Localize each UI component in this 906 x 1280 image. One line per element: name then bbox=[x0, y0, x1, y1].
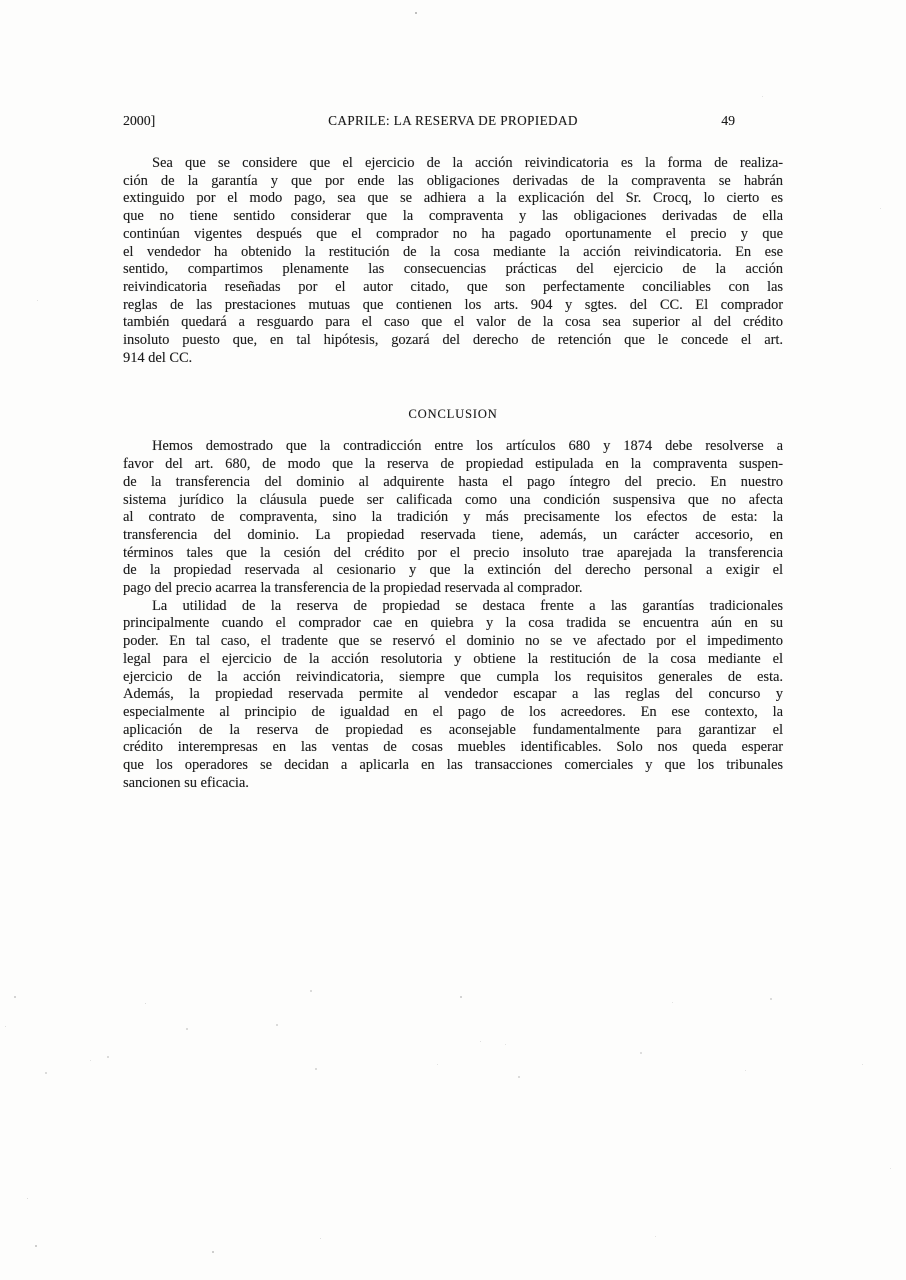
scan-speck bbox=[655, 1236, 656, 1237]
text-line: reglas de las prestaciones mutuas que co… bbox=[123, 297, 783, 315]
text-line: pago del precio acarrea la transferencia… bbox=[123, 580, 783, 598]
paragraph: Sea que se considere que el ejercicio de… bbox=[123, 155, 783, 367]
text-line: sistema jurídico la cláusula puede ser c… bbox=[123, 492, 783, 510]
scan-speck bbox=[460, 996, 462, 998]
scan-speck bbox=[762, 96, 763, 97]
scan-speck bbox=[5, 1026, 6, 1027]
text-line: de la propiedad reservada al cesionario … bbox=[123, 562, 783, 580]
text-line: aplicación de la reserva de propiedad es… bbox=[123, 722, 783, 740]
scan-speck bbox=[745, 1070, 746, 1071]
text-line: Además, la propiedad reservada permite a… bbox=[123, 686, 783, 704]
text-line: al contrato de compraventa, sino la trad… bbox=[123, 509, 783, 527]
text-line: especialmente al principio de igualdad e… bbox=[123, 704, 783, 722]
text-line: reivindicatoria reseñadas por el autor c… bbox=[123, 279, 783, 297]
text-line: que no tiene sentido considerar que la c… bbox=[123, 208, 783, 226]
paragraph: Hemos demostrado que la contradicción en… bbox=[123, 438, 783, 597]
text-line: también quedará a resguardo para el caso… bbox=[123, 314, 783, 332]
scan-speck bbox=[276, 1024, 278, 1026]
scan-speck bbox=[37, 300, 38, 301]
text-line: el vendedor ha obtenido la restitución d… bbox=[123, 244, 783, 262]
text-line: principalmente cuando el comprador cae e… bbox=[123, 615, 783, 633]
text-line: Sea que se considere que el ejercicio de… bbox=[123, 155, 783, 173]
page-header: 2000] CAPRILE: LA RESERVA DE PROPIEDAD 4… bbox=[123, 112, 783, 129]
section-heading: CONCLUSION bbox=[123, 406, 783, 422]
scan-speck bbox=[145, 1003, 146, 1004]
text-line: legal para el ejercicio de la acción res… bbox=[123, 651, 783, 669]
text-line: extinguido por el modo pago, sea que se … bbox=[123, 190, 783, 208]
scan-speck bbox=[505, 1044, 506, 1045]
scan-speck bbox=[862, 1064, 863, 1065]
scan-speck bbox=[890, 1168, 891, 1169]
text-line: insoluto puesto que, en tal hipótesis, g… bbox=[123, 332, 783, 350]
text-line: 914 del CC. bbox=[123, 350, 783, 368]
text-line: continúan vigentes después que el compra… bbox=[123, 226, 783, 244]
scan-speck bbox=[90, 1060, 91, 1061]
text-line: de la transferencia del dominio al adqui… bbox=[123, 474, 783, 492]
scan-speck bbox=[770, 998, 772, 1000]
header-year: 2000] bbox=[123, 112, 218, 129]
page-number: 49 bbox=[688, 112, 783, 129]
scan-speck bbox=[320, 1238, 321, 1239]
scan-speck bbox=[14, 996, 16, 998]
text-line: sentido, compartimos plenamente las cons… bbox=[123, 261, 783, 279]
scan-speck bbox=[186, 1028, 188, 1030]
text-line: ción de la garantía y que por ende las o… bbox=[123, 173, 783, 191]
scan-speck bbox=[640, 1052, 642, 1054]
article-body: Sea que se considere que el ejercicio de… bbox=[123, 155, 783, 793]
text-line: crédito interempresas en las ventas de c… bbox=[123, 739, 783, 757]
scan-speck bbox=[27, 1198, 28, 1199]
scan-speck bbox=[310, 990, 312, 992]
text-line: que los operadores se decidan a aplicarl… bbox=[123, 757, 783, 775]
text-line: términos tales que la cesión del crédito… bbox=[123, 545, 783, 563]
text-line: sancionen su eficacia. bbox=[123, 775, 783, 793]
scan-speck bbox=[315, 1068, 317, 1070]
scan-speck bbox=[437, 1064, 438, 1065]
paragraph: La utilidad de la reserva de propiedad s… bbox=[123, 598, 783, 793]
text-line: poder. En tal caso, el tradente que se r… bbox=[123, 633, 783, 651]
scan-speck bbox=[107, 1056, 109, 1058]
text-line: ejercicio de la acción reivindicatoria, … bbox=[123, 669, 783, 687]
text-line: Hemos demostrado que la contradicción en… bbox=[123, 438, 783, 456]
scan-speck bbox=[45, 1072, 47, 1074]
scan-speck bbox=[672, 1002, 673, 1003]
scan-speck bbox=[212, 1251, 214, 1253]
scan-speck bbox=[480, 1041, 481, 1042]
text-line: favor del art. 680, de modo que la reser… bbox=[123, 456, 783, 474]
scan-speck bbox=[880, 208, 881, 209]
scan-speck bbox=[35, 1245, 37, 1247]
text-line: La utilidad de la reserva de propiedad s… bbox=[123, 598, 783, 616]
scanned-page: 2000] CAPRILE: LA RESERVA DE PROPIEDAD 4… bbox=[0, 0, 906, 1280]
running-title: CAPRILE: LA RESERVA DE PROPIEDAD bbox=[218, 112, 688, 129]
text-line: transferencia del dominio. La propiedad … bbox=[123, 527, 783, 545]
scan-speck bbox=[415, 12, 417, 14]
scan-speck bbox=[518, 1076, 520, 1078]
